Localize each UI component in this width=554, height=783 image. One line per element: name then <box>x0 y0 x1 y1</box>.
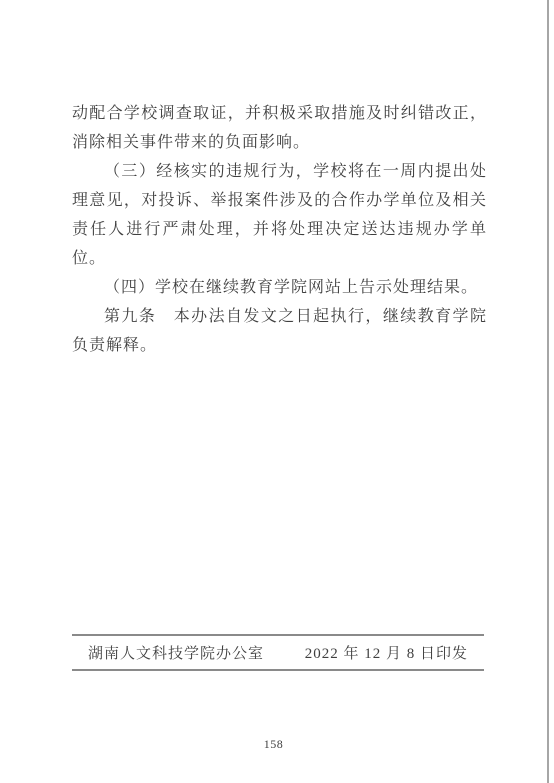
issuing-office: 湖南人文科技学院办公室 <box>88 642 264 663</box>
document-page: 动配合学校调查取证，并积极采取措施及时纠错改正， 消除相关事件带来的负面影响。（… <box>0 0 554 783</box>
paragraph: 动配合学校调查取证，并积极采取措施及时纠错改正， 消除相关事件带来的负面影响。 <box>72 99 487 157</box>
colophon: 湖南人文科技学院办公室 2022 年 12 月 8 日印发 <box>72 634 484 671</box>
print-date: 2022 年 12 月 8 日印发 <box>305 642 468 663</box>
scan-edge-line <box>547 0 549 783</box>
document-body: 动配合学校调查取证，并积极采取措施及时纠错改正， 消除相关事件带来的负面影响。（… <box>72 99 487 360</box>
paragraph: 第九条 本办法自发文之日起执行，继续教育学院负责解释。 <box>72 302 487 360</box>
paragraph: （四）学校在继续教育学院网站上告示处理结果。 <box>72 273 487 302</box>
page-number: 158 <box>0 737 547 752</box>
paragraph: （三）经核实的违规行为，学校将在一周内提出处理意见，对投诉、举报案件涉及的合作办… <box>72 157 487 273</box>
paragraphs: 动配合学校调查取证，并积极采取措施及时纠错改正， 消除相关事件带来的负面影响。（… <box>72 99 487 360</box>
